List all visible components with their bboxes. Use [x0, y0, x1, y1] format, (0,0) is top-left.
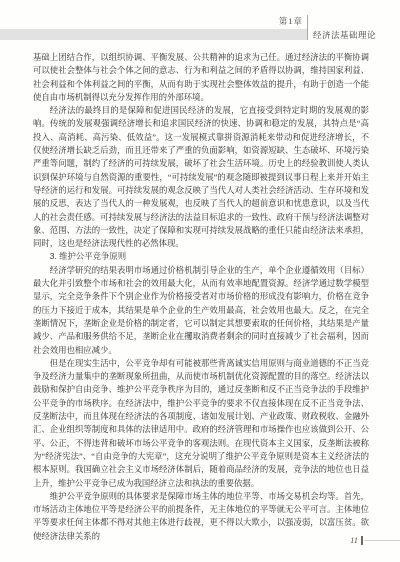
header-band [0, 29, 307, 40]
section-title-label: 经济法基础理论 [313, 30, 376, 40]
header-divider [307, 15, 308, 40]
footer-rule [364, 540, 400, 541]
book-page: 第1章 经济法基础理论 基础上团结合作，以组织协调、平衡发展、公共精神的追求为己… [0, 0, 400, 562]
page-number-bar [361, 536, 363, 545]
page-body: 基础上团结合作，以组织协调、平衡发展、公共精神的追求为己任。通过经济法的平衡协调… [33, 51, 369, 543]
paragraph: 维护公平竞争原则的具体要求是保障市场主体的地位平等、市场交易机会均等。首先，市场… [33, 490, 369, 543]
paragraph: 经济学研究的结果表明市场通过价格机制引导企业的生产，单个企业遵循效用（目标）最大… [33, 264, 369, 357]
paragraph: 但是在现实生活中，公平竞争却有可能被那些背离诚实信用原则与商业道德的不正当竞争及… [33, 357, 369, 490]
page-footer: 11 [350, 534, 400, 546]
page-number: 11 [350, 535, 358, 545]
paragraph-continuation: 基础上团结合作，以组织协调、平衡发展、公共精神的追求为己任。通过经济法的平衡协调… [33, 51, 369, 104]
chapter-label: 第1章 [0, 16, 303, 27]
subsection-heading: 3. 维护公平竞争原则 [33, 250, 369, 263]
paragraph: 经济法的最终目的是保障和促进国民经济的发展，它直接受到特定时期的发展观的影响。传… [33, 104, 369, 250]
